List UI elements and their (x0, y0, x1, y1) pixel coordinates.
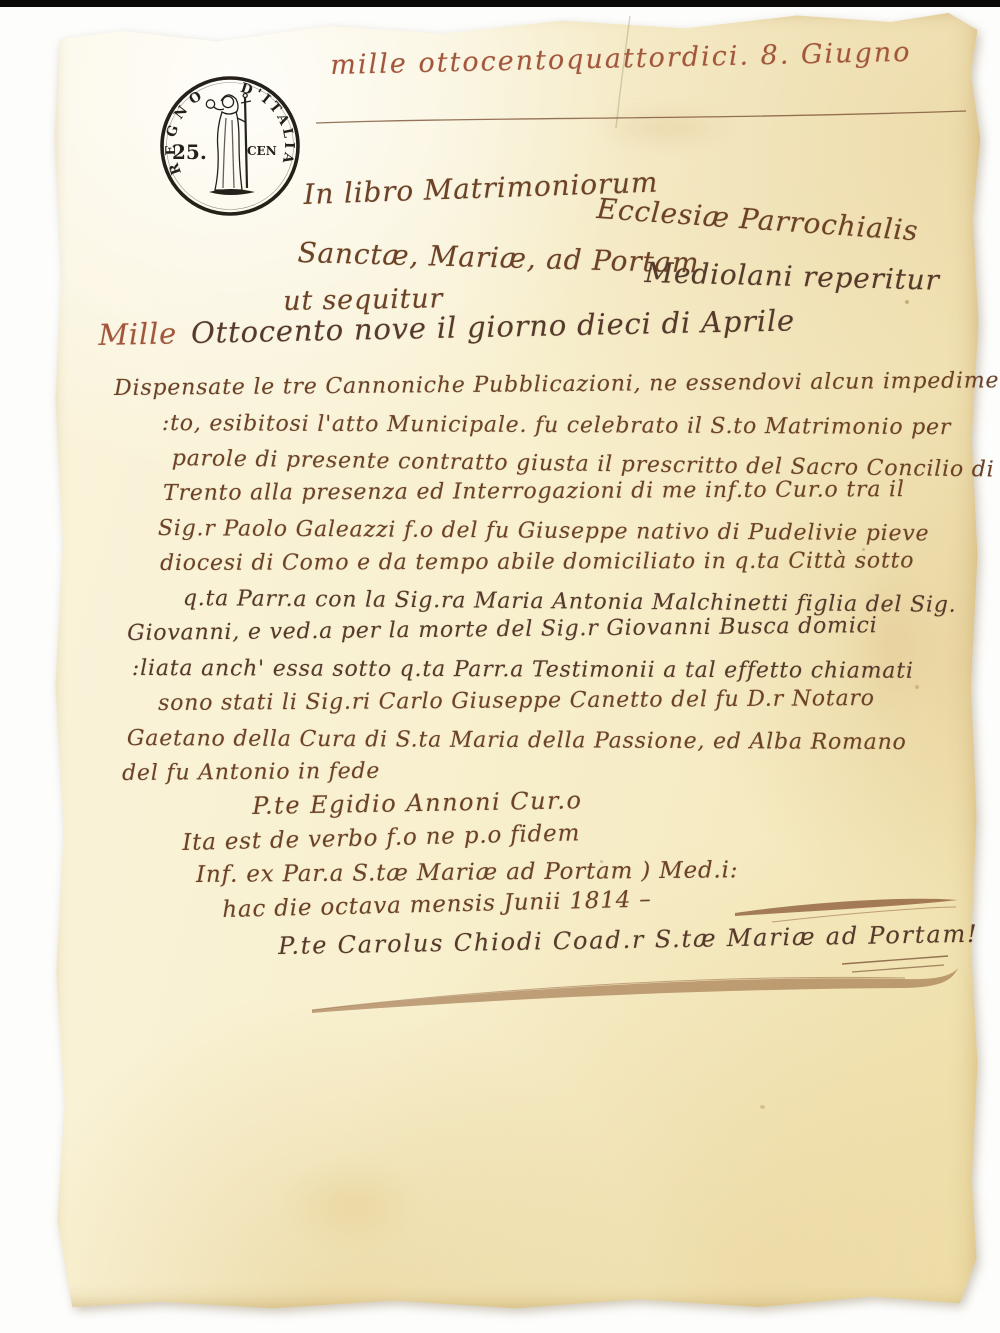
body-line-11: Gaetano della Cura di S.ta Maria della P… (127, 726, 907, 755)
body-line-6: diocesi di Como e da tempo abile domicil… (160, 548, 914, 576)
scan-edge-top (0, 0, 1000, 7)
body-line-4: Trento alla presenza ed Interrogazioni d… (163, 477, 905, 506)
body-line-9: :liata anch' essa sotto q.ta Parr.a Test… (132, 656, 914, 684)
stamp-denomination: 25. (172, 140, 207, 164)
body-opening-word: Mille (98, 316, 177, 352)
scanned-document: REGNO D'ITALIA 25. CEN mille ottocentoqu… (0, 0, 1000, 1333)
body-line-5: Sig.r Paolo Galeazzi f.o del fu Giuseppe… (158, 516, 930, 546)
revenue-stamp: REGNO D'ITALIA 25. CEN (154, 70, 306, 222)
curate-signature: P.te Egidio Annoni Cur.o (252, 786, 583, 820)
body-line-10: sono stati li Sig.ri Carlo Giuseppe Cane… (158, 686, 875, 716)
attestation-line-2: Inf. ex Par.a S.tæ Mariæ ad Portam ) Med… (196, 857, 738, 888)
stamp-denomination-unit: CEN (247, 144, 277, 158)
body-line-12: del fu Antonio in fede (122, 759, 380, 786)
body-line-2: :to, esibitosi l'atto Municipale. fu cel… (162, 411, 951, 440)
